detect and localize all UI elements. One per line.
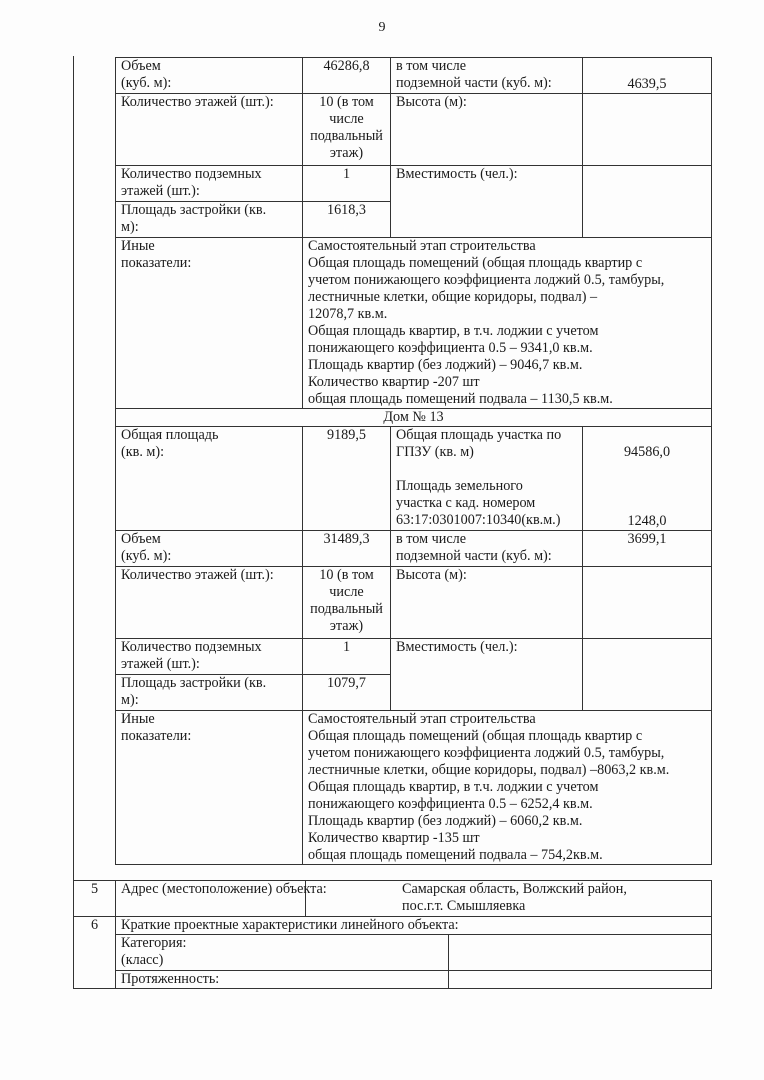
indicator-line: Площадь квартир (без лоджий) – 9046,7 кв…: [308, 357, 706, 374]
table-row: Количество этажей (шт.): 10 (в том числе…: [116, 94, 712, 166]
underground-volume-value: 3699,1: [583, 531, 712, 567]
other-indicators-label: Иные показатели:: [116, 711, 303, 865]
category-value: [449, 935, 712, 971]
other-indicators-label: Иные показатели:: [116, 238, 303, 409]
underground-floors-value: 1: [303, 166, 391, 202]
indicator-line: общая площадь помещений подвала – 1130,5…: [308, 391, 706, 408]
other-indicators-text: Самостоятельный этап строительстваОбщая …: [303, 238, 712, 409]
volume-value: 31489,3: [303, 531, 391, 567]
volume-value: 46286,8: [303, 58, 391, 94]
capacity-value: [583, 639, 712, 711]
indicator-line: общая площадь помещений подвала – 754,2к…: [308, 847, 706, 864]
floors-label: Количество этажей (шт.):: [116, 567, 303, 639]
table-row: Объем (куб. м): 31489,3 в том числе подз…: [116, 531, 712, 567]
sections-table: 5 Адрес (местоположение) объекта: Самарс…: [73, 880, 712, 989]
indicator-line: Количество квартир -135 шт: [308, 830, 706, 847]
address-value: Самарская область, Волжский район, пос.г…: [306, 881, 712, 917]
indicator-line: Площадь квартир (без лоджий) – 6060,2 кв…: [308, 813, 706, 830]
floors-label: Количество этажей (шт.):: [116, 94, 303, 166]
capacity-label: Вместимость (чел.):: [391, 166, 583, 238]
indicator-line: лестничные клетки, общие коридоры, подва…: [308, 762, 706, 779]
indicator-line: понижающего коэффициента 0.5 – 6252,4 кв…: [308, 796, 706, 813]
left-border-rule: [73, 56, 74, 881]
indicator-line: учетом понижающего коэффициента лоджий 0…: [308, 272, 706, 289]
table-row: Протяженность:: [74, 971, 712, 989]
indicator-line: Общая площадь помещений (общая площадь к…: [308, 728, 706, 745]
other-indicators-text: Самостоятельный этап строительстваОбщая …: [303, 711, 712, 865]
height-value: [583, 94, 712, 166]
indicator-line: 12078,7 кв.м.: [308, 306, 706, 323]
plot-area-value: 94586,0: [588, 444, 706, 461]
height-label: Высота (м):: [391, 567, 583, 639]
indicator-line: Количество квартир -207 шт: [308, 374, 706, 391]
table-row: 6 Краткие проектные характеристики линей…: [74, 917, 712, 935]
height-value: [583, 567, 712, 639]
floors-value: 10 (в том числе подвальный этаж): [303, 567, 391, 639]
indicator-line: Самостоятельный этап строительства: [308, 711, 706, 728]
length-label: Протяженность:: [116, 971, 449, 989]
volume-label: Объем (куб. м):: [116, 58, 303, 94]
house-13-heading: Дом № 13: [116, 409, 712, 427]
height-label: Высота (м):: [391, 94, 583, 166]
table-row: Количество этажей (шт.): 10 (в том числе…: [116, 567, 712, 639]
underground-volume-label: в том числе подземной части (куб. м):: [391, 58, 583, 94]
indicator-line: Общая площадь квартир, в т.ч. лоджии с у…: [308, 779, 706, 796]
indicator-line: учетом понижающего коэффициента лоджий 0…: [308, 745, 706, 762]
building-specs-table: Объем (куб. м): 46286,8 в том числе подз…: [115, 57, 712, 865]
built-area-value: 1079,7: [303, 675, 391, 711]
table-row: Иные показатели: Самостоятельный этап ст…: [116, 238, 712, 409]
address-label: Адрес (местоположение) объекта:: [116, 881, 306, 917]
total-area-label: Общая площадь (кв. м):: [116, 427, 303, 531]
table-row: Количество подземных этажей (шт.): 1 Вме…: [116, 639, 712, 675]
indicator-line: лестничные клетки, общие коридоры, подва…: [308, 289, 706, 306]
built-area-label: Площадь застройки (кв. м):: [116, 675, 303, 711]
page-number: 9: [0, 19, 764, 36]
indicator-line: понижающего коэффициента 0.5 – 9341,0 кв…: [308, 340, 706, 357]
cadastral-plot-value: 1248,0: [583, 513, 711, 530]
capacity-label: Вместимость (чел.):: [391, 639, 583, 711]
table-row: 5 Адрес (местоположение) объекта: Самарс…: [74, 881, 712, 917]
underground-volume-value: 4639,5: [583, 58, 712, 94]
indicator-line: Самостоятельный этап строительства: [308, 238, 706, 255]
linear-object-heading: Краткие проектные характеристики линейно…: [116, 917, 712, 935]
table-row: Объем (куб. м): 46286,8 в том числе подз…: [116, 58, 712, 94]
indicator-line: Общая площадь помещений (общая площадь к…: [308, 255, 706, 272]
section-5-number: 5: [74, 881, 116, 917]
total-area-value: 9189,5: [303, 427, 391, 531]
plot-area-label: Общая площадь участка по ГПЗУ (кв. м) Пл…: [391, 427, 583, 531]
section-6-number: 6: [74, 917, 116, 989]
underground-floors-label: Количество подземных этажей (шт.):: [116, 166, 303, 202]
plot-area-values: 94586,0 1248,0: [583, 427, 712, 531]
table-row: Дом № 13: [116, 409, 712, 427]
floors-value: 10 (в том числе подвальный этаж): [303, 94, 391, 166]
underground-floors-label: Количество подземных этажей (шт.):: [116, 639, 303, 675]
built-area-label: Площадь застройки (кв. м):: [116, 202, 303, 238]
underground-volume-label: в том числе подземной части (куб. м):: [391, 531, 583, 567]
volume-label: Объем (куб. м):: [116, 531, 303, 567]
underground-floors-value: 1: [303, 639, 391, 675]
table-row: Категория: (класс): [74, 935, 712, 971]
table-row: Иные показатели: Самостоятельный этап ст…: [116, 711, 712, 865]
length-value: [449, 971, 712, 989]
table-row: Количество подземных этажей (шт.): 1 Вме…: [116, 166, 712, 202]
category-label: Категория: (класс): [116, 935, 449, 971]
capacity-value: [583, 166, 712, 238]
built-area-value: 1618,3: [303, 202, 391, 238]
indicator-line: Общая площадь квартир, в т.ч. лоджии с у…: [308, 323, 706, 340]
table-row: Общая площадь (кв. м): 9189,5 Общая площ…: [116, 427, 712, 531]
